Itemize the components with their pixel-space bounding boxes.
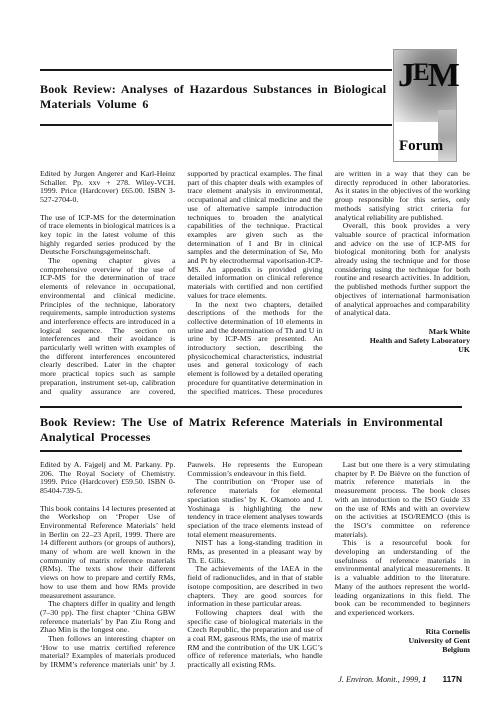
paragraph: The use of ICP-MS for the determination … [40, 214, 175, 258]
review1-title: Book Review: Analyses of Hazardous Subst… [40, 82, 392, 112]
journal-page: Book Review: Analyses of Hazardous Subst… [0, 0, 500, 706]
reviewer-name: Mark White [335, 327, 470, 336]
review2-title: Book Review: The Use of Matrix Reference… [40, 415, 462, 445]
jem-letter-j: J [398, 57, 413, 94]
paragraph: This book contains 14 lectures presented… [40, 505, 175, 601]
paragraph: NIST has a long-standing tradition in RM… [187, 539, 322, 565]
review1-body: Edited by Jurgen Angerer and Karl-Heinz … [40, 170, 470, 402]
paragraph: The contribution on ‘Proper use of refer… [187, 478, 322, 539]
review2-body: Edited by A. Fajgelj and M. Parkany. Pp.… [40, 461, 470, 675]
reviewer-affiliation: Health and Safety Laboratory [335, 336, 470, 345]
paragraph: The achievements of the IAEA in the fiel… [187, 565, 322, 609]
reviewer-country: Belgium [335, 645, 470, 654]
jem-letter-m: M [428, 57, 458, 94]
header-rule-bottom-1 [40, 124, 392, 126]
paragraph: Last but one there is a very stimulating… [335, 461, 470, 539]
forum-label: Forum [399, 138, 443, 155]
jem-letter-e: E [413, 59, 428, 86]
review1-citation: Edited by Jurgen Angerer and Karl-Heinz … [40, 170, 175, 205]
paragraph: Following chapters deal with the specifi… [187, 609, 322, 670]
review2-citation: Edited by A. Fajgelj and M. Parkany. Pp.… [40, 461, 175, 496]
review2-signature: Rita Cornelis University of Gent Belgium [335, 627, 470, 655]
reviewer-name: Rita Cornelis [335, 627, 470, 636]
journal-reference: J. Environ. Monit., 1999, [338, 675, 420, 684]
header-rule-top-2 [40, 406, 462, 408]
jem-logo-text: JEM [398, 56, 456, 99]
page-footer: J. Environ. Monit., 1999, 1 117N [338, 674, 462, 684]
review1-signature: Mark White Health and Safety Laboratory … [335, 327, 470, 355]
header-rule-top-1 [40, 69, 392, 71]
paragraph: The chapters differ in quality and lengt… [40, 600, 175, 635]
page-number: 117N [442, 674, 462, 684]
journal-volume: 1 [422, 675, 426, 684]
reviewer-country: UK [335, 345, 470, 354]
reviewer-affiliation: University of Gent [335, 636, 470, 645]
paragraph: Overall, this book provides a very valua… [335, 222, 470, 318]
paragraph: This is a resourceful book for developin… [335, 539, 470, 617]
jem-forum-logo: JEM Forum [393, 49, 457, 162]
header-rule-bottom-2 [40, 450, 462, 452]
